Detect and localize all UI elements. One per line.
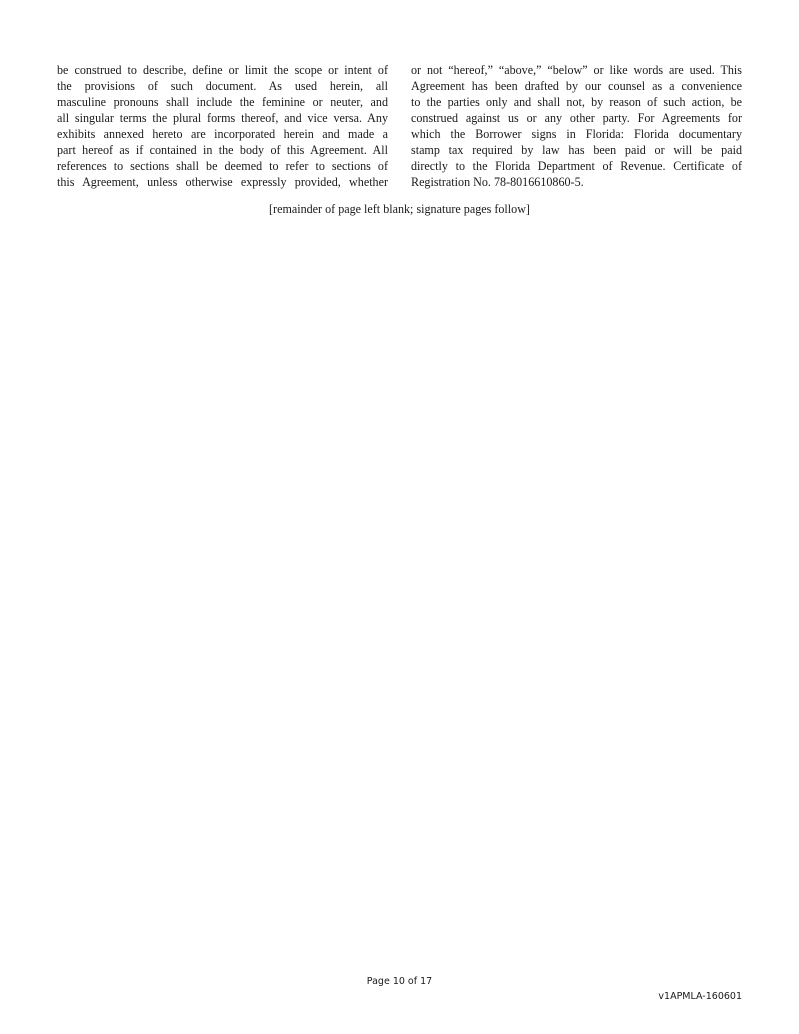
text-line: exhibits annexed hereto are incorporated… — [57, 126, 388, 142]
right-text-column: or not “hereof,” “above,” “below” or lik… — [411, 62, 742, 190]
left-text-column: be construed to describe, define or limi… — [57, 62, 388, 190]
page-number: Page 10 of 17 — [0, 975, 799, 989]
text-line: be construed to describe, define or limi… — [57, 62, 388, 78]
text-line: directly to the Florida Department of Re… — [411, 158, 742, 174]
text-line: Agreement has been drafted by our counse… — [411, 78, 742, 94]
text-line: references to sections shall be deemed t… — [57, 158, 388, 174]
text-line: which the Borrower signs in Florida: Flo… — [411, 126, 742, 142]
text-line: masculine pronouns shall include the fem… — [57, 94, 388, 110]
text-line: Registration No. 78-8016610860-5. — [411, 174, 742, 190]
text-line: construed against us or any other party.… — [411, 110, 742, 126]
text-line: or not “hereof,” “above,” “below” or lik… — [411, 62, 742, 78]
document-version-code: v1APMLA-160601 — [658, 990, 742, 1004]
text-line: the provisions of such document. As used… — [57, 78, 388, 94]
remainder-note: [remainder of page left blank; signature… — [0, 201, 799, 217]
text-line: to the parties only and shall not, by re… — [411, 94, 742, 110]
text-line: stamp tax required by law has been paid … — [411, 142, 742, 158]
text-line: part hereof as if contained in the body … — [57, 142, 388, 158]
text-line: all singular terms the plural forms ther… — [57, 110, 388, 126]
text-line: this Agreement, unless otherwise express… — [57, 174, 388, 190]
